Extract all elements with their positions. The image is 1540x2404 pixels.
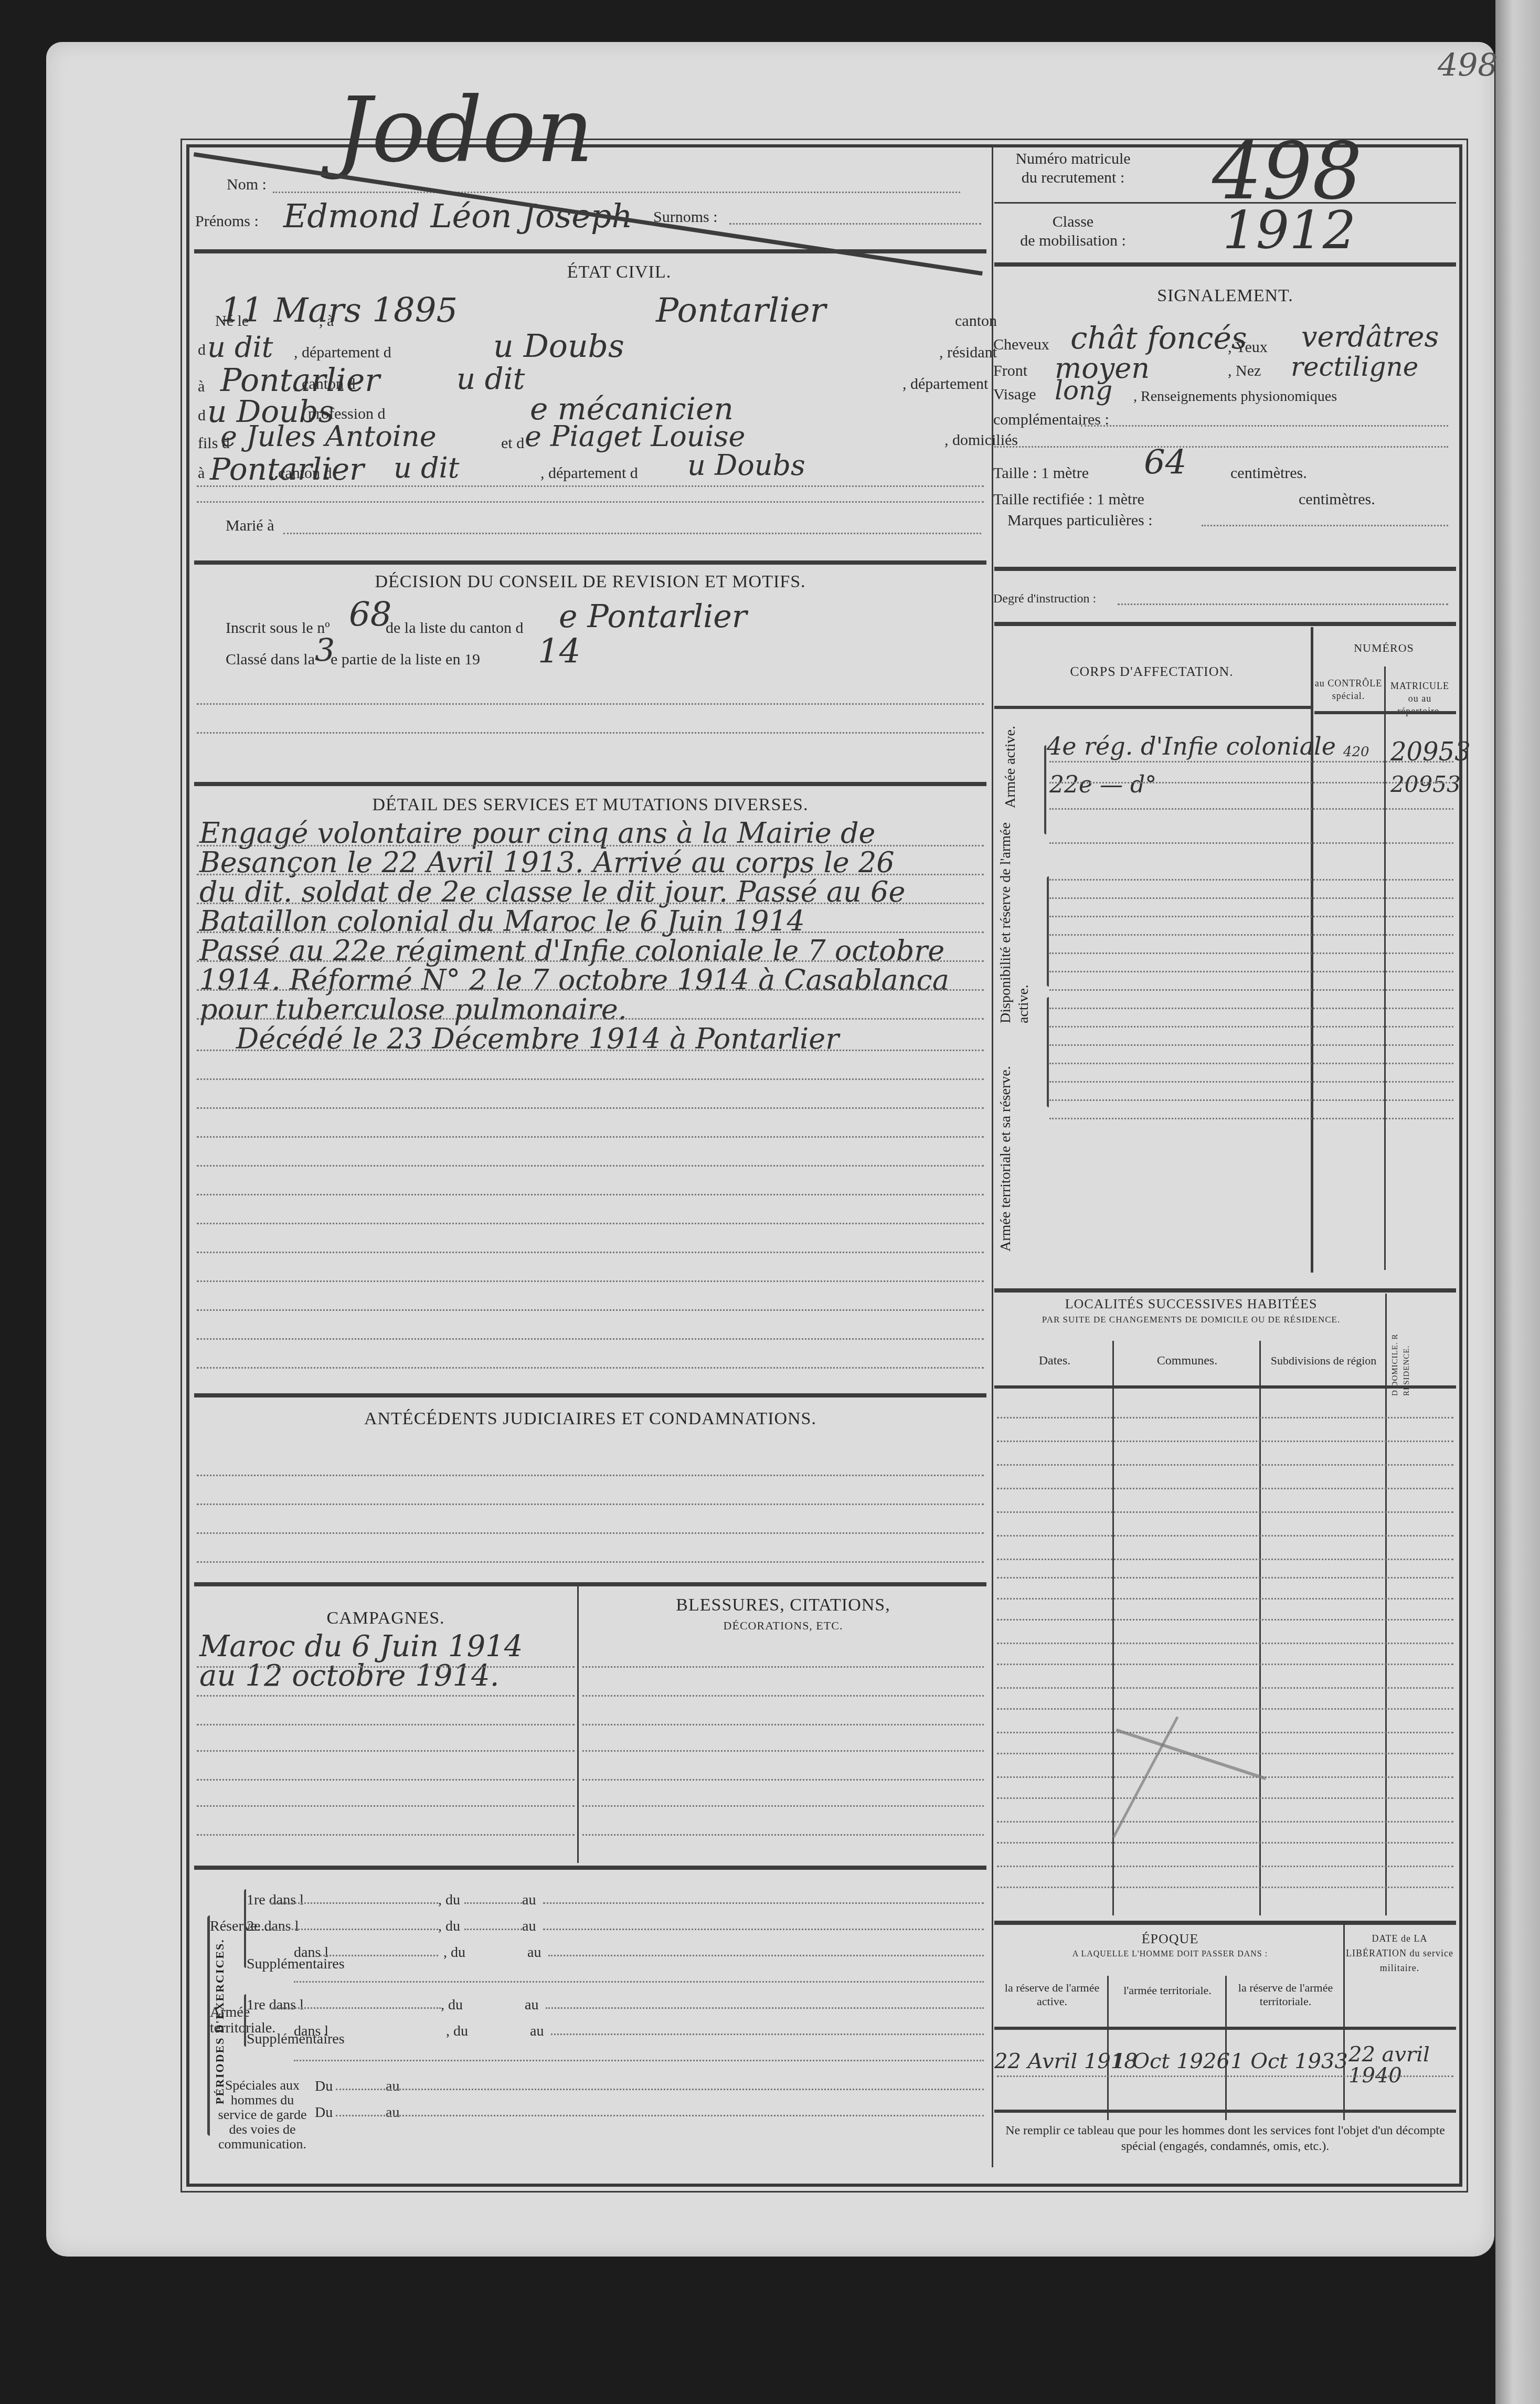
localites-title: LOCALITÉS SUCCESSIVES HABITÉES (997, 1296, 1385, 1312)
nez-value: rectiligne (1291, 352, 1418, 382)
du-label: , du (441, 1997, 463, 2014)
centimetres2-label: centimètres. (1299, 491, 1375, 509)
services-line: Besançon le 22 Avril 1913. Arrivé au cor… (199, 848, 949, 877)
epoque-note: Ne remplir ce tableau que pour les homme… (997, 2123, 1453, 2154)
taille-label: Taille : 1 mètre (993, 464, 1089, 482)
departement2-prefix: d (198, 407, 206, 425)
resident-label: , résidant (939, 344, 997, 362)
au-label: au (527, 1944, 541, 1961)
reserve-row-2: 2e dans l (247, 1918, 299, 1935)
col-communes: Communes. (1115, 1354, 1259, 1368)
col-date-liberation: DATE de LA LIBÉRATION du service militai… (1346, 1931, 1453, 1975)
canton3-label: , canton d (270, 464, 332, 482)
pere-value: e Jules Antoine (220, 420, 437, 453)
classe-dans-label: Classé dans la (226, 651, 315, 669)
col-dates: Dates. (997, 1354, 1112, 1368)
au-label: au (525, 1997, 538, 2014)
col-domicile-residence: D DOMICILE. R RÉSIDENCE. (1389, 1301, 1412, 1396)
epoque-subtitle: A LAQUELLE L'HOMME DOIT PASSER DANS : (997, 1950, 1343, 1959)
campagnes-text: Maroc du 6 Juin 1914 au 12 octobre 1914. (199, 1632, 523, 1691)
departement2-label: , département (902, 375, 988, 393)
armee-territoriale-label: Armée territoriale. (210, 2005, 247, 2036)
departement-value: u Doubs (493, 328, 624, 365)
au-label: au (522, 1918, 536, 1935)
liste-canton-value: e Pontarlier (559, 598, 747, 635)
a-label: , à (319, 312, 334, 330)
centimetres-label: centimètres. (1230, 464, 1307, 482)
date-reserve-territoriale: 1 Oct 1933 (1230, 2049, 1348, 2073)
classe-label: Classede mobilisation : (997, 213, 1149, 250)
du-cap-label: Du (315, 2078, 333, 2095)
au-label: au (530, 2023, 544, 2040)
blessures-subtitle: DÉCORATIONS, ETC. (580, 1619, 986, 1633)
du-label: , du (438, 1892, 460, 1909)
date-armee-territoriale: 1 Oct 1926 (1112, 2049, 1230, 2073)
nom-label: Nom : (227, 176, 267, 194)
annee-value: 14 (538, 632, 580, 671)
page-corner-number: 498 (1438, 47, 1498, 84)
col-reserve-territoriale: la réserve de l'armée territoriale. (1228, 1981, 1343, 2008)
inscrit-label: Inscrit sous le nº (226, 619, 330, 637)
section-armee-territoriale: Armée territoriale et sa réserve. (997, 1042, 1015, 1252)
prenoms-value: Edmond Léon Joseph (283, 197, 633, 235)
controle-row-1: 420 (1343, 744, 1369, 760)
cheveux-label: Cheveux (993, 336, 1049, 354)
du-label: , du (446, 2023, 468, 2040)
reserve-row-1: 1re dans l (247, 1892, 304, 1909)
et-label: et d (501, 435, 524, 452)
au-label: au (386, 2078, 399, 2095)
signalement-title: SIGNALEMENT. (997, 286, 1453, 306)
canton2-value: u dit (456, 362, 525, 396)
visage-value: long (1055, 375, 1112, 406)
section-disponibilite: Disponibilité et réserve de l'armée acti… (997, 787, 1033, 1023)
prenoms-label: Prénoms : (195, 213, 259, 230)
corps-row-1: 4e rég. d'Infie coloniale (1047, 732, 1336, 760)
corps-row-2: 22e — d° (1049, 771, 1156, 798)
taille-rectifiee-label: Taille rectifiée : 1 mètre (993, 491, 1144, 509)
departement-label: , département d (294, 344, 391, 362)
services-line: pour tuberculose pulmonaire. (199, 995, 949, 1024)
yeux-label: , Yeux (1228, 338, 1268, 356)
decision-title: DÉCISION DU CONSEIL DE REVISION ET MOTIF… (194, 572, 986, 592)
antecedents-title: ANTÉCÉDENTS JUDICIAIRES ET CONDAMNATIONS… (194, 1409, 986, 1429)
dans-l-label: dans l (294, 1944, 328, 1961)
matricule-label: Numéro matriculedu recrutement : (997, 150, 1149, 187)
mere-value: e Piaget Louise (525, 420, 745, 453)
canton-value: u dit (207, 331, 273, 364)
du-cap-label: Du (315, 2104, 333, 2121)
residence-prefix: à (198, 378, 205, 396)
cheveux-value: chât foncés (1070, 320, 1247, 356)
services-line: Engagé volontaire pour cinq ans à la Mai… (199, 819, 949, 848)
nez-label: , Nez (1228, 362, 1261, 380)
campagnes-title: CAMPAGNES. (194, 1608, 577, 1628)
partie-label: e partie de la liste en 19 (331, 651, 480, 669)
date-liberation: 22 avril 1940 (1348, 2044, 1448, 2086)
canton2-label: , canton d (294, 375, 355, 393)
corps-title: CORPS D'AFFECTATION. (997, 664, 1307, 680)
matricule-row-2: 20953 (1390, 771, 1461, 797)
col-armee-territoriale: l'armée territoriale. (1110, 1984, 1225, 1997)
du-label: , du (438, 1918, 460, 1935)
date-naissance-value: 11 Mars 1895 (220, 291, 458, 330)
yeux-value: verdâtres (1301, 320, 1439, 353)
canton-prefix: d (198, 341, 206, 359)
canton3-value: u dit (394, 451, 459, 484)
du-label: , du (443, 1944, 465, 1961)
classe-value: 1912 (1223, 199, 1356, 261)
dans-l-label: dans l (294, 2023, 328, 2040)
au-label: au (522, 1892, 536, 1909)
degre-instruction-label: Degré d'instruction : (993, 592, 1096, 606)
campagnes-line: Maroc du 6 Juin 1914 (199, 1632, 523, 1661)
canton-label: canton (955, 312, 997, 330)
etat-civil-title: ÉTAT CIVIL. (304, 262, 934, 282)
renseignements-label: , Renseignements physionomiques (1133, 388, 1337, 405)
lieu-naissance-value: Pontarlier (656, 291, 826, 330)
epoque-title: ÉPOQUE (997, 1931, 1343, 1947)
adjacent-page-edge (1495, 0, 1540, 2404)
col-controle: au CONTRÔLE spécial. (1314, 677, 1383, 702)
departement3-label: , département d (540, 464, 638, 482)
numeros-title: NUMÉROS (1314, 641, 1453, 655)
au-label: au (386, 2104, 399, 2121)
marques-label: Marques particulières : (1007, 512, 1153, 529)
blessures-title: BLESSURES, CITATIONS, (580, 1595, 986, 1615)
localites-subtitle: PAR SUITE DE CHANGEMENTS DE DOMICILE OU … (997, 1315, 1385, 1325)
territoriale-row-1: 1re dans l (247, 1997, 304, 2014)
speciales-label: Spéciales aux hommes du service de garde… (210, 2078, 315, 2152)
liste-canton-label: de la liste du canton d (386, 619, 523, 637)
col-reserve-active: la réserve de l'armée active. (997, 1981, 1107, 2008)
departement3-value: u Doubs (687, 449, 805, 482)
col-subdivisions: Subdivisions de région (1262, 1354, 1385, 1368)
domicile-prefix: à (198, 464, 205, 482)
marie-label: Marié à (226, 517, 274, 535)
front-label: Front (993, 362, 1027, 380)
visage-label: Visage (993, 386, 1036, 404)
services-title: DÉTAIL DES SERVICES ET MUTATIONS DIVERSE… (194, 795, 986, 815)
taille-value: 64 (1144, 443, 1186, 482)
nom-value: Jodon (336, 79, 593, 183)
